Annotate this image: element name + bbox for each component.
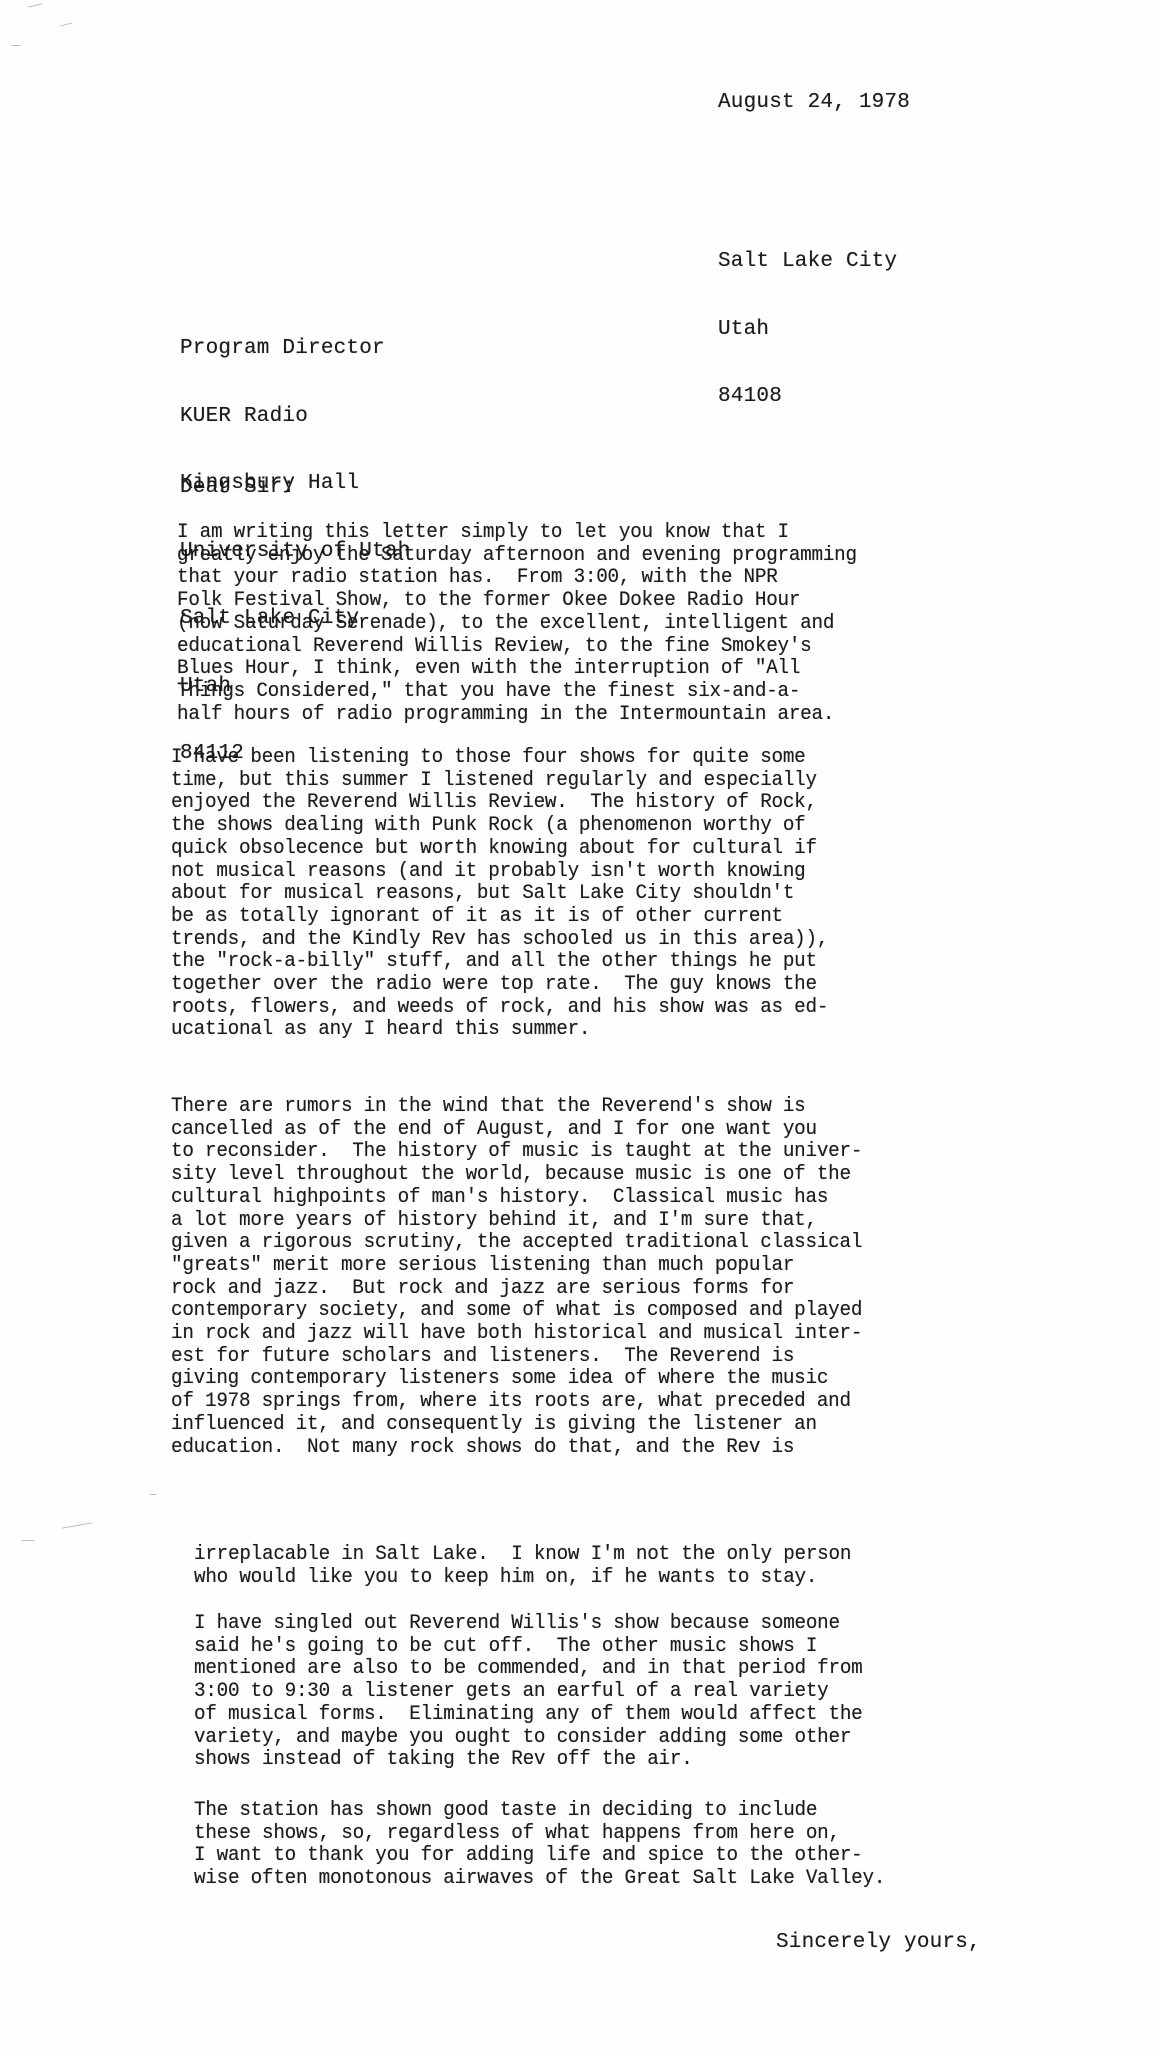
- paragraph-line: cancelled as of the end of August, and I…: [171, 1119, 862, 1142]
- paragraph-line: who would like you to keep him on, if he…: [194, 1567, 851, 1590]
- paragraph-line: "greats" merit more serious listening th…: [171, 1255, 862, 1278]
- paragraph-line: given a rigorous scrutiny, the accepted …: [171, 1232, 862, 1255]
- salutation: Dear Sir:: [180, 477, 295, 500]
- body-paragraph: I have been listening to those four show…: [171, 747, 828, 1042]
- paragraph-line: enjoyed the Reverend Willis Review. The …: [171, 792, 828, 815]
- paragraph-line: about for musical reasons, but Salt Lake…: [171, 883, 828, 906]
- paragraph-line: trends, and the Kindly Rev has schooled …: [171, 929, 828, 952]
- letter-date: August 24, 1978: [718, 92, 910, 115]
- paragraph-line: The station has shown good taste in deci…: [194, 1800, 885, 1823]
- paragraph-line: that your radio station has. From 3:00, …: [177, 567, 857, 590]
- paragraph-line: rock and jazz. But rock and jazz are ser…: [171, 1278, 862, 1301]
- paragraph-line: est for future scholars and listeners. T…: [171, 1346, 862, 1369]
- scan-artifact: [150, 1494, 156, 1495]
- letter-page: August 24, 1978 Salt Lake City Utah 8410…: [0, 0, 1154, 2056]
- paragraph-line: I have singled out Reverend Willis's sho…: [194, 1613, 863, 1636]
- paragraph-line: a lot more years of history behind it, a…: [171, 1210, 862, 1233]
- paragraph-line: be as totally ignorant of it as it is of…: [171, 906, 828, 929]
- paragraph-line: half hours of radio programming in the I…: [177, 704, 857, 727]
- paragraph-line: mentioned are also to be commended, and …: [194, 1658, 863, 1681]
- paragraph-line: irreplacable in Salt Lake. I know I'm no…: [194, 1544, 851, 1567]
- recipient-line: Program Director: [180, 338, 410, 361]
- paragraph-line: together over the radio were top rate. T…: [171, 974, 828, 997]
- paragraph-line: Blues Hour, I think, even with the inter…: [177, 658, 857, 681]
- paragraph-line: not musical reasons (and it probably isn…: [171, 861, 828, 884]
- body-paragraph: I am writing this letter simply to let y…: [177, 522, 857, 726]
- paragraph-line: I have been listening to those four show…: [171, 747, 828, 770]
- paragraph-line: quick obsolecence but worth knowing abou…: [171, 838, 828, 861]
- paragraph-line: contemporary society, and some of what i…: [171, 1300, 862, 1323]
- paragraph-line: said he's going to be cut off. The other…: [194, 1636, 863, 1659]
- paragraph-line: I am writing this letter simply to let y…: [177, 522, 857, 545]
- paragraph-line: influenced it, and consequently is givin…: [171, 1414, 862, 1437]
- paragraph-line: time, but this summer I listened regular…: [171, 770, 828, 793]
- paragraph-line: sity level throughout the world, because…: [171, 1164, 862, 1187]
- paragraph-line: shows instead of taking the Rev off the …: [194, 1749, 863, 1772]
- return-address-line: 84108: [718, 386, 897, 409]
- scan-artifact: [62, 1522, 92, 1528]
- scan-artifact: [28, 4, 42, 8]
- scan-artifact: [22, 1540, 34, 1541]
- paragraph-line: Folk Festival Show, to the former Okee D…: [177, 590, 857, 613]
- body-paragraph: The station has shown good taste in deci…: [194, 1800, 885, 1891]
- scan-artifact: [60, 22, 72, 26]
- paragraph-line: the shows dealing with Punk Rock (a phen…: [171, 815, 828, 838]
- paragraph-line: variety, and maybe you ought to consider…: [194, 1727, 863, 1750]
- paragraph-line: the "rock-a-billy" stuff, and all the ot…: [171, 951, 828, 974]
- paragraph-line: (now Saturday Serenade), to the excellen…: [177, 613, 857, 636]
- body-paragraph: I have singled out Reverend Willis's sho…: [194, 1613, 863, 1772]
- paragraph-line: of 1978 springs from, where its roots ar…: [171, 1391, 862, 1414]
- paragraph-line: education. Not many rock shows do that, …: [171, 1437, 862, 1460]
- paragraph-line: roots, flowers, and weeds of rock, and h…: [171, 997, 828, 1020]
- recipient-line: KUER Radio: [180, 406, 410, 429]
- paragraph-line: cultural highpoints of man's history. Cl…: [171, 1187, 862, 1210]
- body-paragraph: irreplacable in Salt Lake. I know I'm no…: [194, 1544, 851, 1589]
- paragraph-line: giving contemporary listeners some idea …: [171, 1368, 862, 1391]
- paragraph-line: these shows, so, regardless of what happ…: [194, 1823, 885, 1846]
- return-address: Salt Lake City Utah 84108: [718, 206, 897, 454]
- paragraph-line: wise often monotonous airwaves of the Gr…: [194, 1868, 885, 1891]
- paragraph-line: educational Reverend Willis Review, to t…: [177, 636, 857, 659]
- paragraph-line: 3:00 to 9:30 a listener gets an earful o…: [194, 1681, 863, 1704]
- paragraph-line: of musical forms. Eliminating any of the…: [194, 1704, 863, 1727]
- return-address-line: Salt Lake City: [718, 251, 897, 274]
- body-paragraph: There are rumors in the wind that the Re…: [171, 1096, 862, 1459]
- paragraph-line: I want to thank you for adding life and …: [194, 1845, 885, 1868]
- paragraph-line: to reconsider. The history of music is t…: [171, 1141, 862, 1164]
- closing: Sincerely yours,: [776, 1932, 981, 1955]
- paragraph-line: ucational as any I heard this summer.: [171, 1019, 828, 1042]
- return-address-line: Utah: [718, 319, 897, 342]
- paragraph-line: greatly enjoy the Saturday afternoon and…: [177, 545, 857, 568]
- paragraph-line: There are rumors in the wind that the Re…: [171, 1096, 862, 1119]
- paragraph-line: in rock and jazz will have both historic…: [171, 1323, 862, 1346]
- paragraph-line: Things Considered," that you have the fi…: [177, 681, 857, 704]
- scan-artifact: [12, 45, 20, 46]
